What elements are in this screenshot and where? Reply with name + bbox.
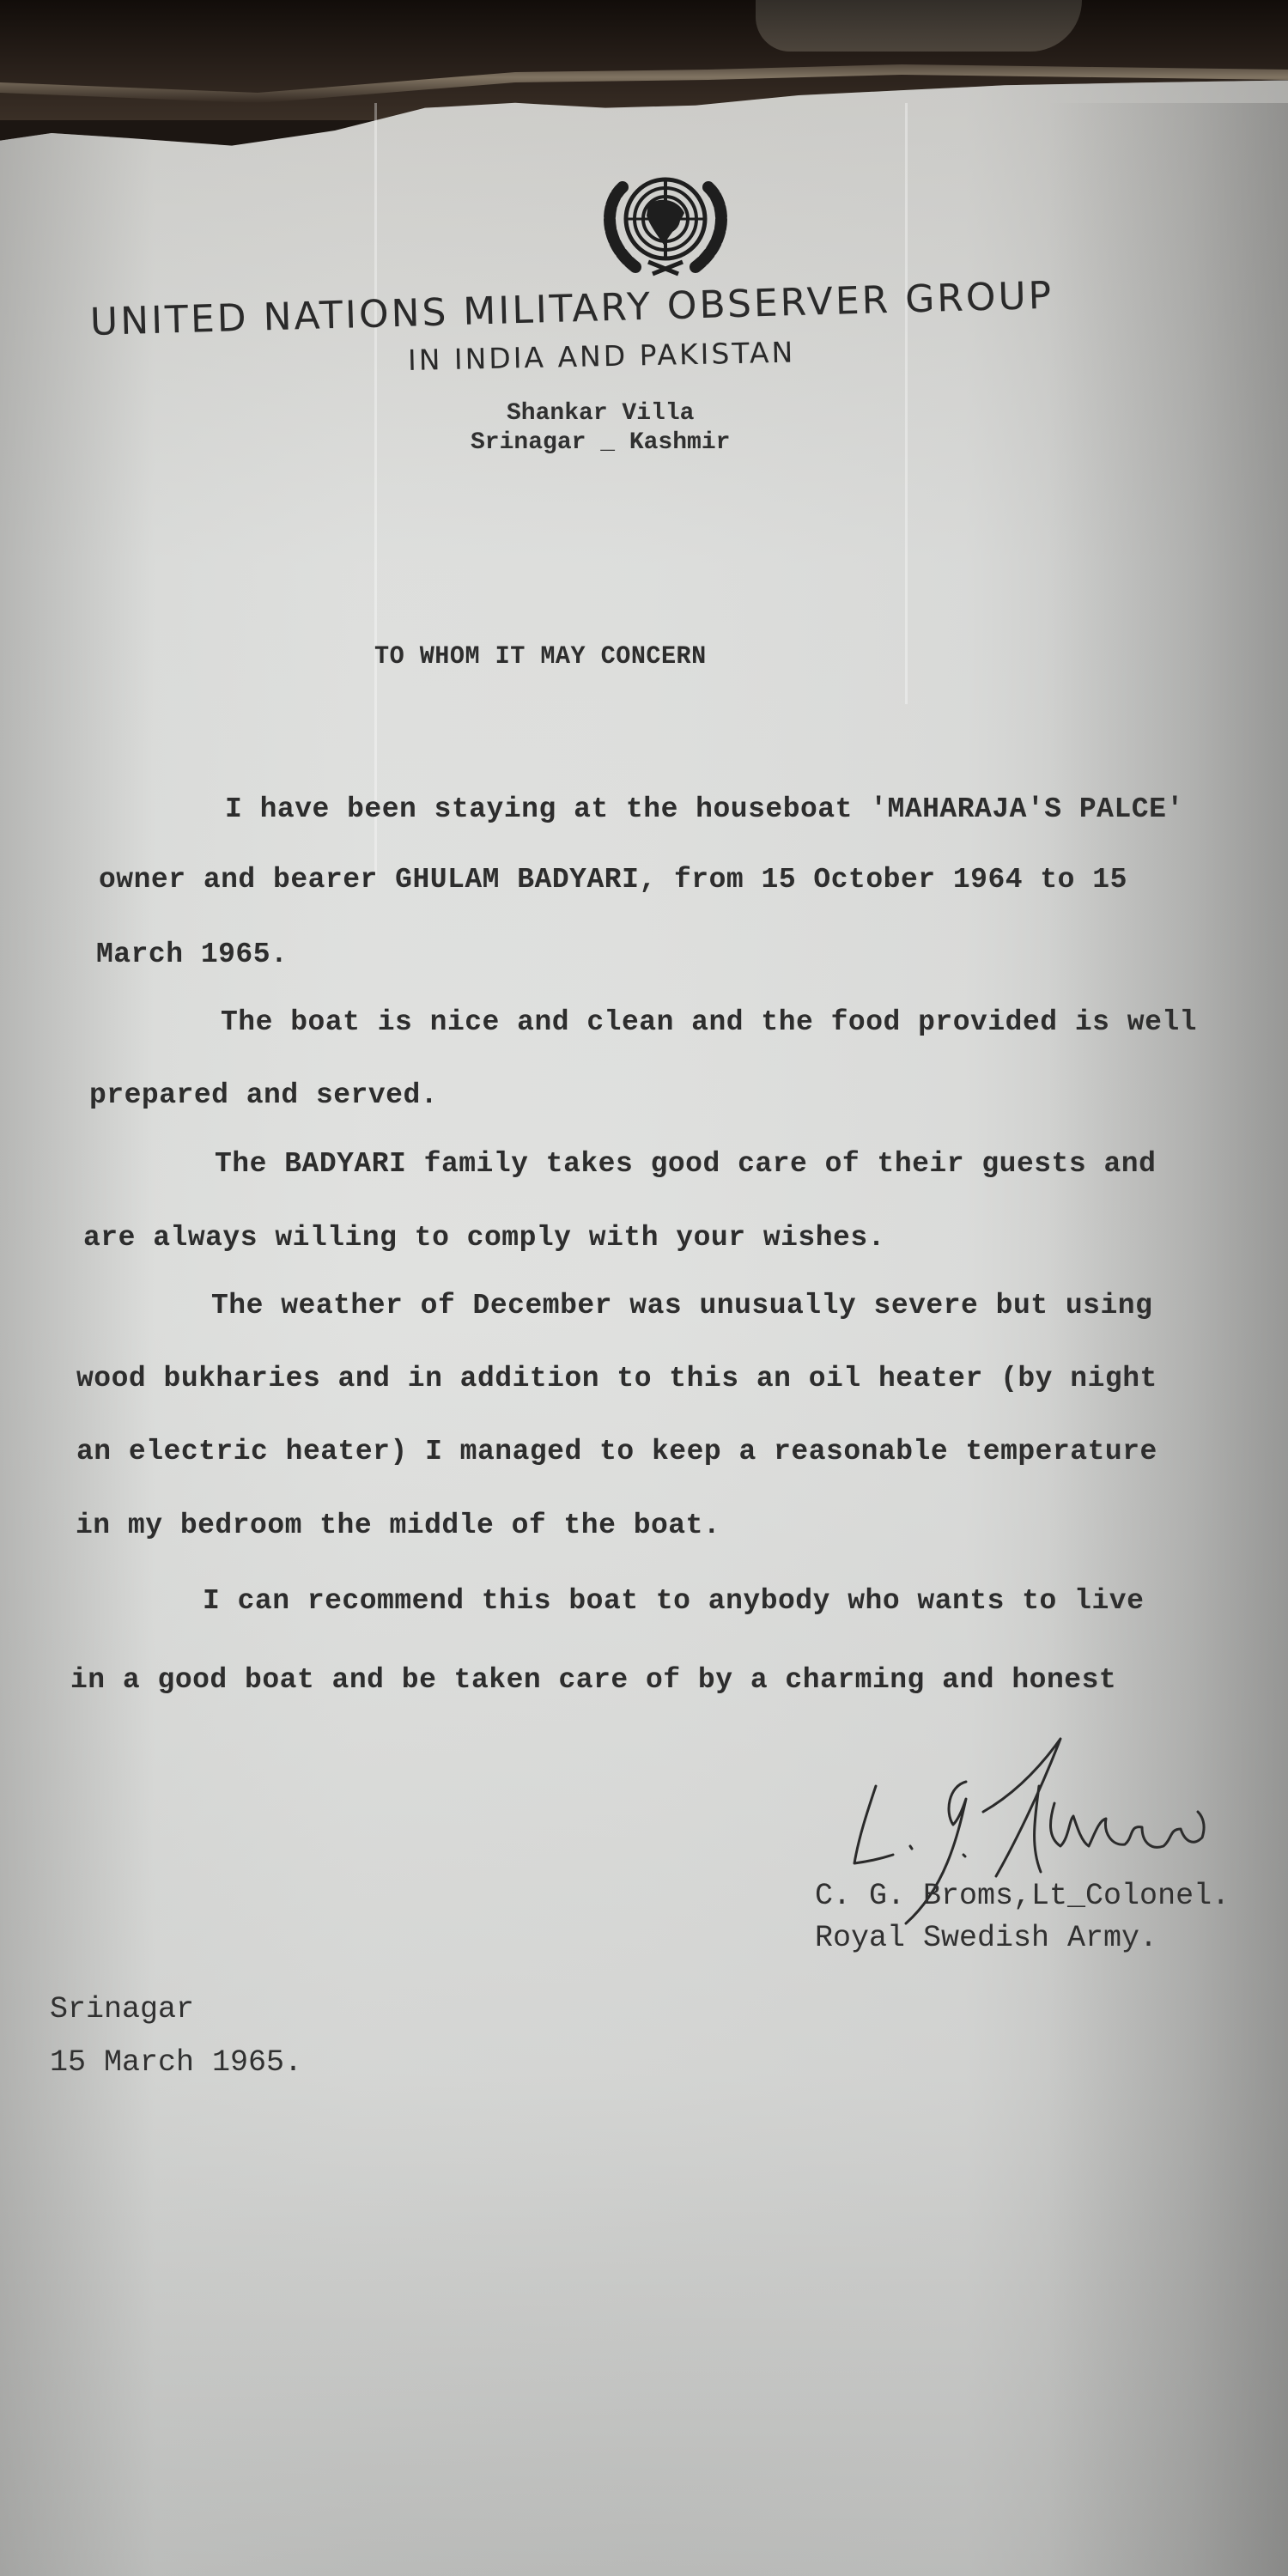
signatory-unit: Royal Swedish Army. (815, 1921, 1157, 1955)
salutation: TO WHOM IT MAY CONCERN (374, 642, 707, 671)
body-line: an electric heater) I managed to keep a … (76, 1436, 1157, 1467)
body-line: wood bukharies and in addition to this a… (76, 1363, 1157, 1394)
address-line-1: Shankar Villa (507, 400, 694, 427)
paper-crease (905, 103, 908, 704)
body-line: in a good boat and be taken care of by a… (70, 1664, 1116, 1696)
body-line: I can recommend this boat to anybody who… (203, 1585, 1144, 1617)
backdrop-paper-scrap (756, 0, 1082, 52)
address-line-2: Srinagar _ Kashmir (471, 429, 730, 456)
body-line: prepared and served. (89, 1079, 438, 1111)
letter-date: 15 March 1965. (50, 2045, 302, 2080)
body-line: are always willing to comply with your w… (83, 1222, 885, 1254)
body-line: March 1965. (96, 939, 288, 970)
body-line: The boat is nice and clean and the food … (221, 1006, 1197, 1038)
body-line: owner and bearer GHULAM BADYARI, from 15… (99, 864, 1127, 896)
paper-crease (374, 103, 377, 876)
body-line: I have been staying at the houseboat 'MA… (225, 793, 1184, 825)
un-emblem-icon (597, 166, 734, 277)
body-line: The BADYARI family takes good care of th… (215, 1148, 1156, 1180)
body-line: The weather of December was unusually se… (211, 1290, 1152, 1321)
letter-place: Srinagar (50, 1992, 194, 2026)
signatory-name: C. G. Broms,Lt_Colonel. (815, 1879, 1230, 1913)
body-line: in my bedroom the middle of the boat. (76, 1510, 720, 1541)
